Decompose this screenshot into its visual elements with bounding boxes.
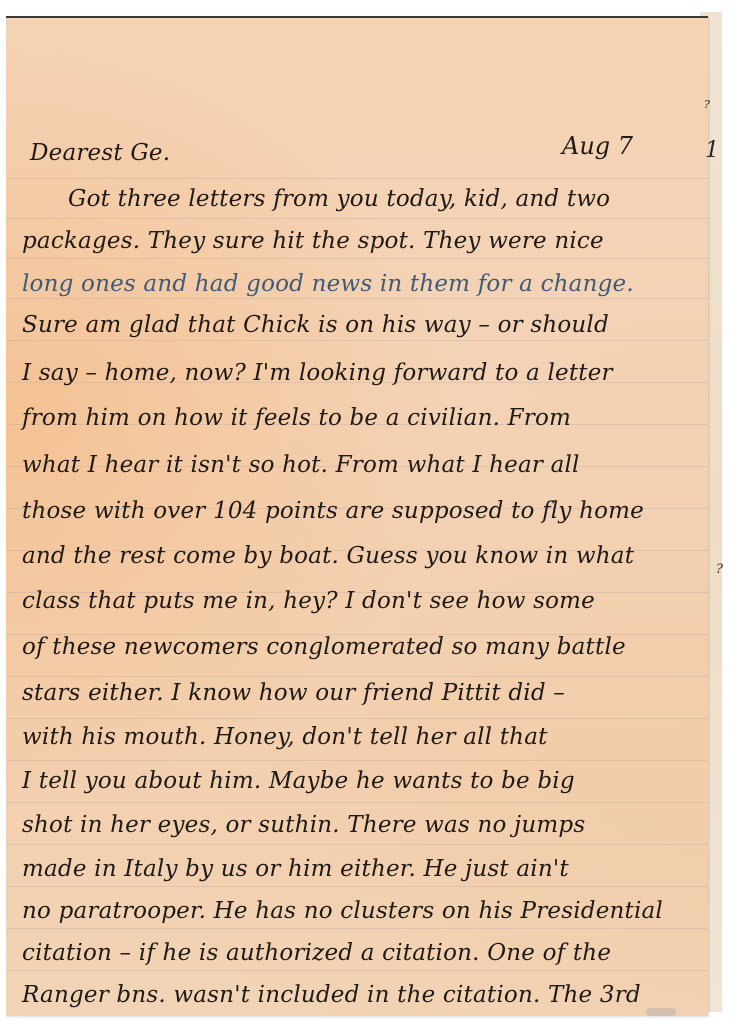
letter-line: those with over 104 points are supposed … — [22, 498, 644, 524]
salutation: Dearest Ge. — [30, 140, 170, 166]
letter-line: from him on how it feels to be a civilia… — [22, 405, 571, 431]
ruled-line — [6, 970, 708, 971]
letter-date: Aug 7 — [562, 132, 633, 160]
letter-line: Sure am glad that Chick is on his way – … — [22, 312, 609, 338]
ruled-line — [6, 928, 708, 929]
letter-line: long ones and had good news in them for … — [22, 271, 634, 297]
letter-line: no paratrooper. He has no clusters on hi… — [22, 898, 663, 924]
ruled-line — [6, 178, 708, 179]
ruled-line — [6, 760, 708, 761]
letter-line: stars either. I know how our friend Pitt… — [22, 680, 565, 706]
ruled-line — [6, 218, 708, 219]
ruled-line — [6, 298, 708, 299]
ruled-line — [6, 886, 708, 887]
letter-line: Got three letters from you today, kid, a… — [68, 186, 610, 212]
ruled-line — [6, 676, 708, 677]
ruled-line — [6, 258, 708, 259]
letter-line: I say – home, now? I'm looking forward t… — [22, 360, 613, 386]
letter-line: packages. They sure hit the spot. They w… — [22, 228, 604, 254]
margin-mark: ? — [716, 562, 723, 577]
ink-smudge — [646, 1008, 676, 1016]
ruled-line — [6, 340, 708, 341]
letter-line: shot in her eyes, or suthin. There was n… — [22, 812, 585, 838]
letter-line: Ranger bns. wasn't included in the citat… — [22, 982, 641, 1008]
letter-line: with his mouth. Honey, don't tell her al… — [22, 724, 548, 750]
letter-line: class that puts me in, hey? I don't see … — [22, 588, 595, 614]
ruled-line — [6, 844, 708, 845]
letter-line: citation – if he is authorized a citatio… — [22, 940, 611, 966]
letter-line: I tell you about him. Maybe he wants to … — [22, 768, 575, 794]
letter-line: what I hear it isn't so hot. From what I… — [22, 452, 580, 478]
margin-mark: ? — [704, 98, 710, 111]
letter-line: and the rest come by boat. Guess you kno… — [22, 543, 634, 569]
ruled-line — [6, 802, 708, 803]
letter-line: made in Italy by us or him either. He ju… — [22, 856, 569, 882]
ruled-line — [6, 718, 708, 719]
page-number: 1 — [705, 138, 719, 163]
letter-line: of these newcomers conglomerated so many… — [22, 634, 626, 660]
